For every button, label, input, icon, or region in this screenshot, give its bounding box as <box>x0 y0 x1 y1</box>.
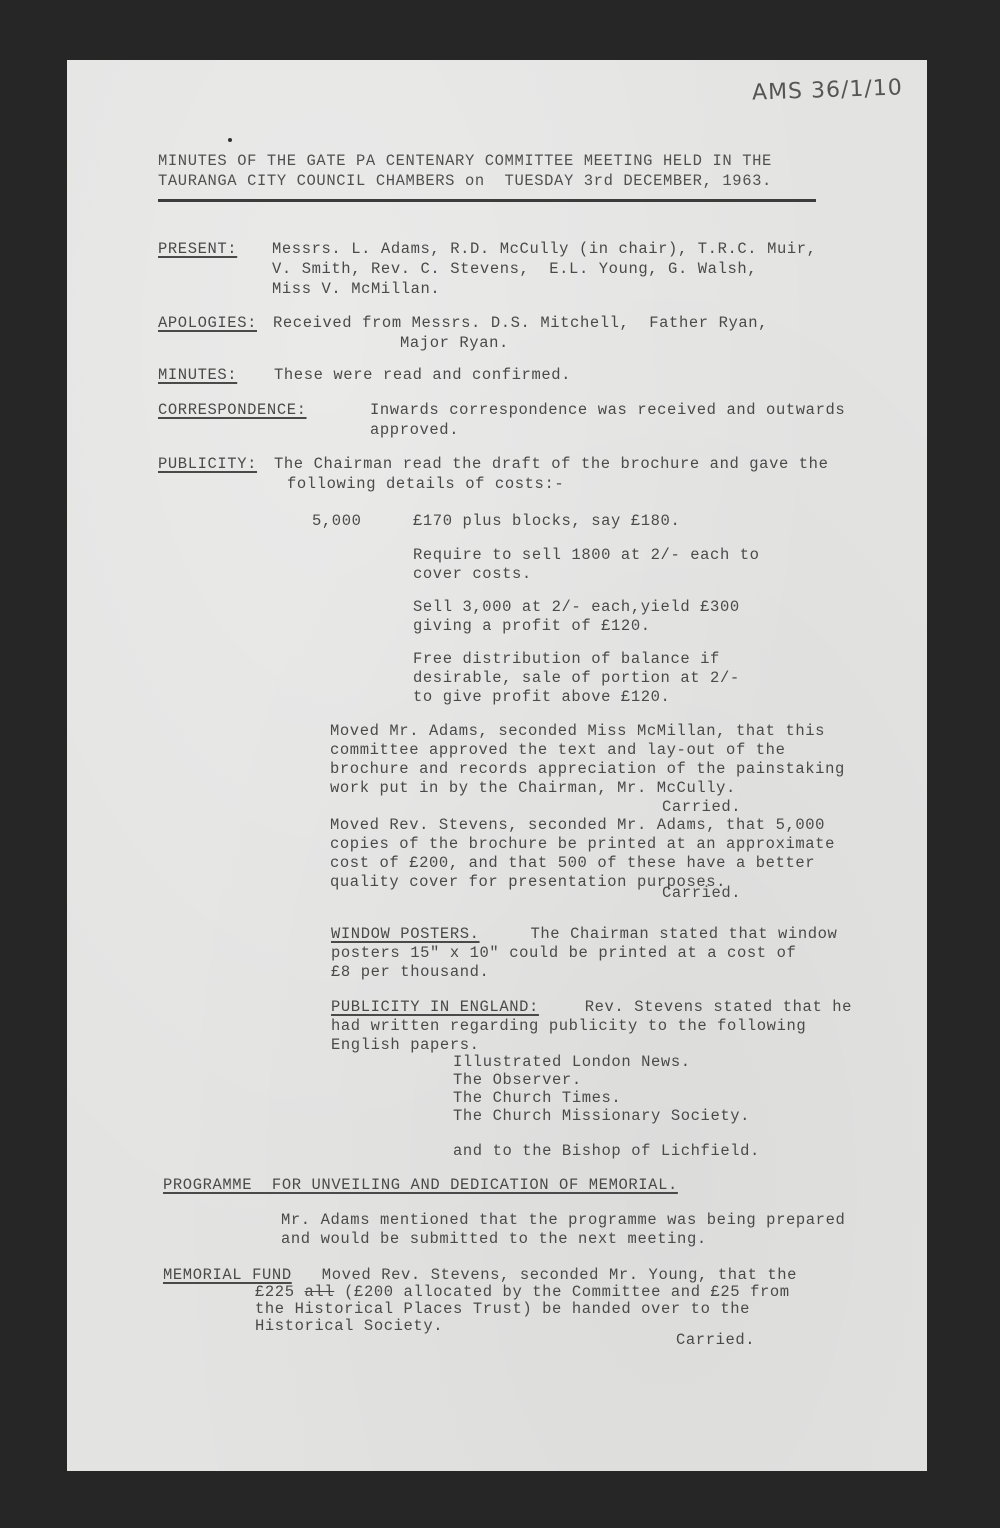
bishop-line: and to the Bishop of Lichfield. <box>453 1142 760 1161</box>
window-posters-line-3: £8 per thousand. <box>331 963 489 982</box>
present-label: PRESENT: <box>158 240 237 259</box>
motion-2-line-1: Moved Rev. Stevens, seconded Mr. Adams, … <box>330 816 825 835</box>
publicity-england-line-2: had written regarding publicity to the f… <box>331 1017 806 1036</box>
memorial-fund-line-4: Historical Society. <box>255 1317 443 1336</box>
cost-item-2-line-1: Require to sell 1800 at 2/- each to <box>413 546 760 565</box>
motion-1-line-3: brochure and records appreciation of the… <box>330 760 845 779</box>
cost-item-3-line-1: Sell 3,000 at 2/- each,yield £300 <box>413 598 740 617</box>
publicity-line-1: The Chairman read the draft of the broch… <box>274 455 828 474</box>
present-line-3: Miss V. McMillan. <box>272 280 440 299</box>
archive-reference: AMS 36/1/10 <box>752 75 904 105</box>
correspondence-line-2: approved. <box>370 421 459 440</box>
motion-2-line-2: copies of the brochure be printed at an … <box>330 835 835 854</box>
apologies-line-2: Major Ryan. <box>400 334 509 353</box>
ink-mark <box>228 138 232 142</box>
cost-item-4-line-2: desirable, sale of portion at 2/- <box>413 669 740 688</box>
cost-item-4-line-3: to give profit above £120. <box>413 688 670 707</box>
cost-item-2-line-2: cover costs. <box>413 565 532 584</box>
cost-quantity: 5,000 <box>312 512 362 531</box>
programme-line-2: and would be submitted to the next meeti… <box>281 1230 707 1249</box>
publicity-england-line-1: Rev. Stevens stated that he <box>555 998 852 1017</box>
window-posters-line-1: The Chairman stated that window <box>481 925 837 944</box>
minutes-label: MINUTES: <box>158 366 237 385</box>
apologies-line-1: Received from Messrs. D.S. Mitchell, Fat… <box>273 314 768 333</box>
correspondence-label: CORRESPONDENCE: <box>158 401 307 420</box>
motion-1-line-1: Moved Mr. Adams, seconded Miss McMillan,… <box>330 722 825 741</box>
paper-4: The Church Missionary Society. <box>453 1107 750 1126</box>
memorial-fund-line-2-rest: (£200 allocated by the Committee and £25… <box>334 1283 789 1301</box>
paper-1: Illustrated London News. <box>453 1053 691 1072</box>
publicity-line-2: following details of costs:- <box>287 475 564 494</box>
cost-item-1: £170 plus blocks, say £180. <box>413 512 680 531</box>
paper-2: The Observer. <box>453 1071 582 1090</box>
publicity-label: PUBLICITY: <box>158 455 257 474</box>
motion-2-line-3: cost of £200, and that 500 of these have… <box>330 854 815 873</box>
struck-text: all <box>305 1283 335 1301</box>
programme-line-1: Mr. Adams mentioned that the programme w… <box>281 1211 845 1230</box>
title-rule <box>158 199 816 202</box>
cost-item-3-line-2: giving a profit of £120. <box>413 617 651 636</box>
amount: £225 <box>255 1283 295 1301</box>
programme-label: PROGRAMME FOR UNVEILING AND DEDICATION O… <box>163 1176 678 1195</box>
window-posters-label: WINDOW POSTERS. <box>331 925 480 944</box>
memorial-fund-result: Carried. <box>676 1331 755 1350</box>
title-line-2: TAURANGA CITY COUNCIL CHAMBERS on TUESDA… <box>158 172 772 191</box>
minutes-text: These were read and confirmed. <box>274 366 571 385</box>
paper-3: The Church Times. <box>453 1089 621 1108</box>
present-line-2: V. Smith, Rev. C. Stevens, E.L. Young, G… <box>272 260 757 279</box>
title-line-1: MINUTES OF THE GATE PA CENTENARY COMMITT… <box>158 152 772 171</box>
present-line-1: Messrs. L. Adams, R.D. McCully (in chair… <box>272 240 817 259</box>
correspondence-line-1: Inwards correspondence was received and … <box>370 401 845 420</box>
cost-item-4-line-1: Free distribution of balance if <box>413 650 720 669</box>
window-posters-line-2: posters 15" x 10" could be printed at a … <box>331 944 796 963</box>
publicity-england-label: PUBLICITY IN ENGLAND: <box>331 998 539 1017</box>
motion-1-line-4: work put in by the Chairman, Mr. McCully… <box>330 779 736 798</box>
apologies-label: APOLOGIES: <box>158 314 257 333</box>
motion-2-result: Carried. <box>662 884 741 903</box>
motion-1-line-2: committee approved the text and lay-out … <box>330 741 785 760</box>
motion-1-result: Carried. <box>662 798 741 817</box>
